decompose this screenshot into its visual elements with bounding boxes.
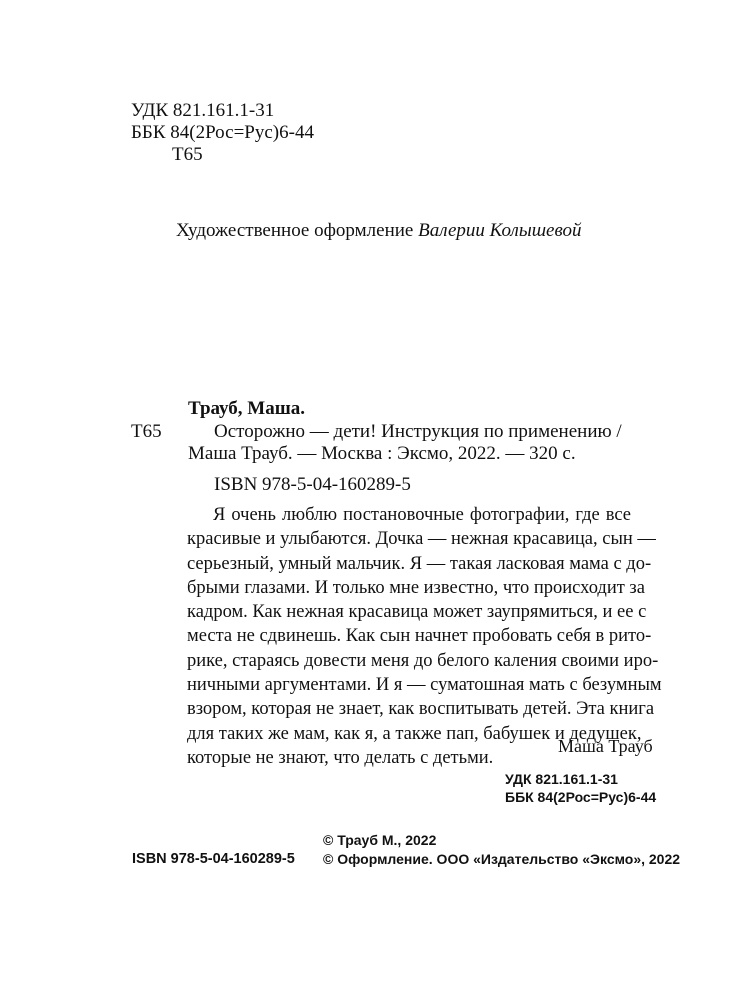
footer-isbn: ISBN 978-5-04-160289-5 [132, 851, 295, 867]
udk-code-bottom: УДК 821.161.1-31 [505, 771, 618, 787]
art-credit: Художественное оформление Валерии Колыше… [176, 220, 582, 242]
art-credit-name: Валерии Колышевой [418, 220, 581, 241]
catalog-title-line2: Маша Трауб. — Москва : Эксмо, 2022. — 32… [188, 443, 576, 465]
copyright-design: © Оформление. ООО «Издательство «Эксмо»,… [323, 851, 680, 867]
annotation-line: кадром. Как нежная красавица может заупр… [187, 600, 631, 624]
udk-code-top: УДК 821.161.1-31 [131, 100, 274, 122]
catalog-author: Трауб, Маша. [188, 398, 305, 420]
annotation-line: серьезный, умный мальчик. Я — такая ласк… [187, 552, 631, 576]
annotation-line: красивые и улыбаются. Дочка — нежная кра… [187, 527, 631, 551]
annotation-line: рике, стараясь довести меня до белого ка… [187, 649, 631, 673]
annotation-paragraph: Я очень люблю постановочные фотографии, … [187, 503, 631, 770]
catalog-isbn: ISBN 978-5-04-160289-5 [214, 474, 411, 496]
catalog-author-mark: Т65 [131, 421, 162, 443]
author-mark-top: Т65 [172, 144, 203, 166]
annotation-line: Я очень люблю постановочные фотографии, … [187, 503, 631, 527]
annotation-line: места не сдвинешь. Как сын начнет пробов… [187, 624, 631, 648]
catalog-title-line1: Осторожно — дети! Инструкция по применен… [214, 421, 622, 443]
annotation-signature: Маша Трауб [558, 736, 653, 757]
annotation-line: взором, которая не знает, как воспитыват… [187, 697, 631, 721]
art-credit-prefix: Художественное оформление [176, 220, 413, 241]
bbk-code-top: ББК 84(2Рос=Рус)6-44 [131, 122, 314, 144]
copyright-author: © Трауб М., 2022 [323, 832, 436, 848]
bbk-code-bottom: ББК 84(2Рос=Рус)6-44 [505, 789, 656, 805]
annotation-line: брыми глазами. И только мне известно, чт… [187, 576, 631, 600]
annotation-line: ничными аргументами. И я — суматошная ма… [187, 673, 631, 697]
